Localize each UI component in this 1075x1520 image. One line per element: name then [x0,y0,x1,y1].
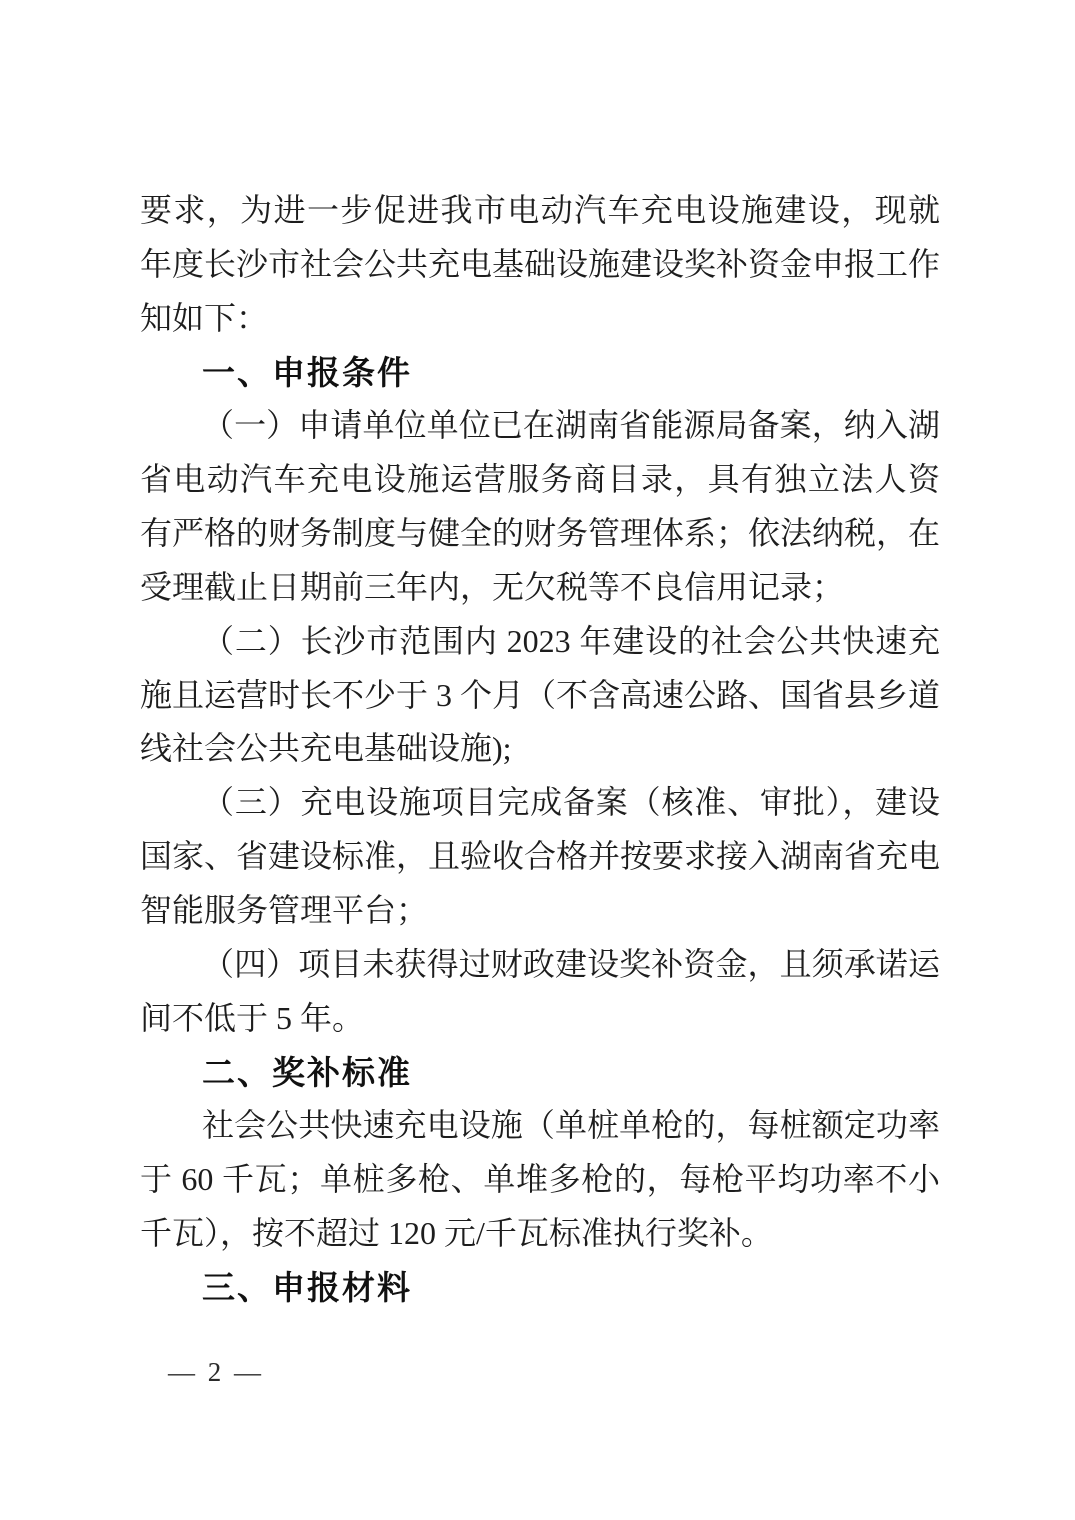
doc-line: 智能服务管理平台； [140,884,940,938]
doc-line: （四）项目未获得过财政建设奖补资金，且须承诺运营时 [140,938,940,992]
section-heading-3: 三、申报材料 [140,1261,940,1315]
doc-line: （一）申请单位单位已在湖南省能源局备案，纳入湖南省 [140,399,940,453]
doc-line: 于 60 千瓦；单桩多枪、单堆多枪的，每枪平均功率不小于 60 [140,1153,940,1207]
doc-line: 省电动汽车充电设施运营服务商目录，具有独立法人资格，具 [140,453,940,507]
doc-line: 社会公共快速充电设施（单桩单枪的，每桩额定功率不小 [140,1099,940,1153]
doc-line: 要求，为进一步促进我市电动汽车充电设施建设，现就 2023 [140,184,940,238]
doc-line: 年度长沙市社会公共充电基础设施建设奖补资金申报工作通 [140,238,940,292]
doc-line: （二）长沙市范围内 2023 年建设的社会公共快速充电设 [140,615,940,669]
doc-line: 知如下： [140,292,940,346]
section-heading-2: 二、奖补标准 [140,1046,940,1100]
doc-line: 受理截止日期前三年内，无欠税等不良信用记录； [140,561,940,615]
doc-line: （三）充电设施项目完成备案（核准、审批），建设符合 [140,776,940,830]
doc-line: 有严格的财务制度与健全的财务管理体系；依法纳税，在申请 [140,507,940,561]
doc-line: 千瓦），按不超过 120 元/千瓦标准执行奖补。 [140,1207,940,1261]
section-heading-1: 一、申报条件 [140,346,940,400]
doc-line: 施且运营时长不少于 3 个月（不含高速公路、国省县乡道路沿 [140,669,940,723]
doc-line: 间不低于 5 年。 [140,992,940,1046]
doc-line: 线社会公共充电基础设施); [140,722,940,776]
doc-line: 国家、省建设标准，且验收合格并按要求接入湖南省充电设施 [140,830,940,884]
document-body: 要求，为进一步促进我市电动汽车充电设施建设，现就 2023 年度长沙市社会公共充… [140,184,940,1315]
page-number: — 2 — [168,1350,264,1394]
document-page: 要求，为进一步促进我市电动汽车充电设施建设，现就 2023 年度长沙市社会公共充… [0,0,1075,1520]
